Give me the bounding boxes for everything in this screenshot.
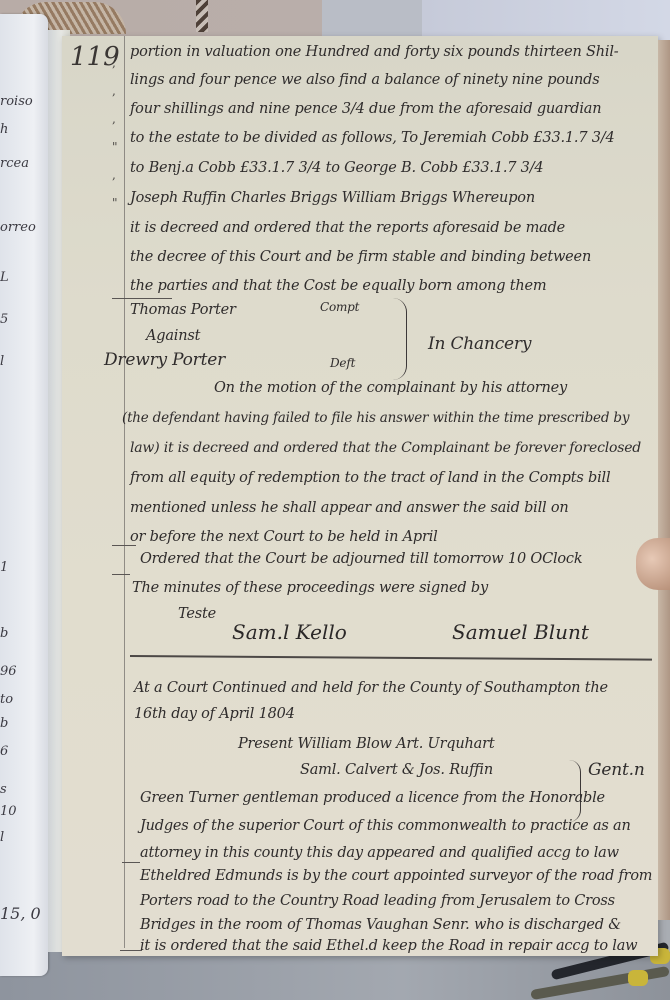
court-label: In Chancery	[428, 334, 531, 354]
section-mark	[112, 574, 130, 575]
margin-tick: ,	[112, 112, 116, 126]
entry-line: mentioned unless he shall appear and ans…	[130, 500, 569, 516]
court-opening-line: At a Court Continued and held for the Co…	[134, 680, 608, 696]
clerk-signature: Sam.l Kello	[232, 620, 347, 644]
margin-tick: ,	[112, 84, 116, 98]
left-page-fragment: 1	[0, 560, 8, 575]
entry-line: On the motion of the complainant by his …	[214, 380, 567, 396]
entry-line: Etheldred Edmunds is by the court appoin…	[140, 868, 652, 884]
left-page-fragment: 96	[0, 664, 17, 679]
left-page-fragment: b	[0, 626, 8, 641]
entry-line: the parties and that the Cost be equally…	[130, 278, 546, 294]
teste-label: Teste	[178, 606, 216, 622]
brace-bracket	[388, 298, 407, 380]
entry-line: the decree of this Court and be firm sta…	[130, 249, 591, 265]
entry-line: or before the next Court to be held in A…	[130, 529, 438, 545]
entry-line: it is ordered that the said Ethel.d keep…	[140, 938, 637, 954]
entry-line: (the defendant having failed to file his…	[122, 410, 629, 426]
entry-line: Porters road to the Country Road leading…	[140, 893, 615, 909]
section-mark	[120, 950, 142, 951]
entry-line: to the estate to be divided as follows, …	[130, 130, 615, 146]
background-striped-object	[196, 0, 208, 32]
left-page-fragment: rcea	[0, 156, 29, 171]
left-page-fragment: 5	[0, 312, 8, 327]
margin-tick: ,	[112, 168, 116, 182]
margin-tick: "	[112, 140, 118, 154]
left-page-fragment: h	[0, 122, 8, 137]
section-mark	[112, 298, 172, 299]
plaintiff-role: Compt	[320, 300, 359, 314]
entry-line: Judges of the superior Court of this com…	[140, 818, 631, 834]
present-role: Gent.n	[588, 760, 645, 780]
court-date-line: 16th day of April 1804	[134, 706, 295, 722]
page-stack-edge	[658, 40, 670, 920]
left-page-fragment: b	[0, 716, 8, 731]
left-page-fragment: 6	[0, 744, 8, 759]
entry-line: portion in valuation one Hundred and for…	[130, 44, 618, 60]
entry-line: Joseph Ruffin Charles Briggs William Bri…	[130, 190, 535, 206]
defendant-name: Drewry Porter	[104, 350, 225, 370]
entry-line: Green Turner gentleman produced a licenc…	[140, 790, 605, 806]
left-page-fragment: L	[0, 270, 9, 285]
left-page-fragment: 15, 0	[0, 904, 41, 923]
section-mark	[112, 545, 136, 546]
left-page-fragment: to	[0, 692, 13, 707]
margin-tick: ,	[112, 56, 116, 70]
left-page-fragment: l	[0, 830, 4, 845]
entry-line: law) it is decreed and ordered that the …	[130, 440, 641, 456]
left-page-fragment: roiso	[0, 94, 33, 109]
left-page-fragment: s	[0, 782, 7, 797]
margin-rule	[124, 36, 125, 948]
holding-thumb	[636, 538, 670, 590]
entry-line: attorney in this county this day appeare…	[140, 845, 619, 861]
entry-line: four shillings and nine pence 3/4 due fr…	[130, 101, 601, 117]
left-page-fragment: 10	[0, 804, 17, 819]
plaintiff-name: Thomas Porter	[130, 302, 236, 318]
margin-tick: "	[112, 196, 118, 210]
left-page-fragment: l	[0, 354, 4, 369]
entry-line: lings and four pence we also find a bala…	[130, 72, 599, 88]
entry-line: Bridges in the room of Thomas Vaughan Se…	[140, 917, 621, 933]
section-mark	[122, 862, 140, 863]
left-facing-page: roiso h rcea orreo L 5 l 1 b 96 to b 6 s…	[0, 14, 48, 976]
versus-label: Against	[146, 328, 200, 344]
adjournment-line: Ordered that the Court be adjourned till…	[140, 551, 582, 567]
entry-line: it is decreed and ordered that the repor…	[130, 220, 565, 236]
present-line: Present William Blow Art. Urquhart	[238, 736, 494, 752]
entry-line: from all equity of redemption to the tra…	[130, 470, 610, 486]
present-line: Saml. Calvert & Jos. Ruffin	[300, 762, 493, 778]
entry-line: to Benj.a Cobb £33.1.7 3/4 to George B. …	[130, 160, 543, 176]
signing-note: The minutes of these proceedings were si…	[132, 580, 488, 596]
defendant-role: Deft	[330, 356, 355, 370]
left-page-fragment: orreo	[0, 220, 36, 235]
justice-signature: Samuel Blunt	[452, 620, 589, 644]
